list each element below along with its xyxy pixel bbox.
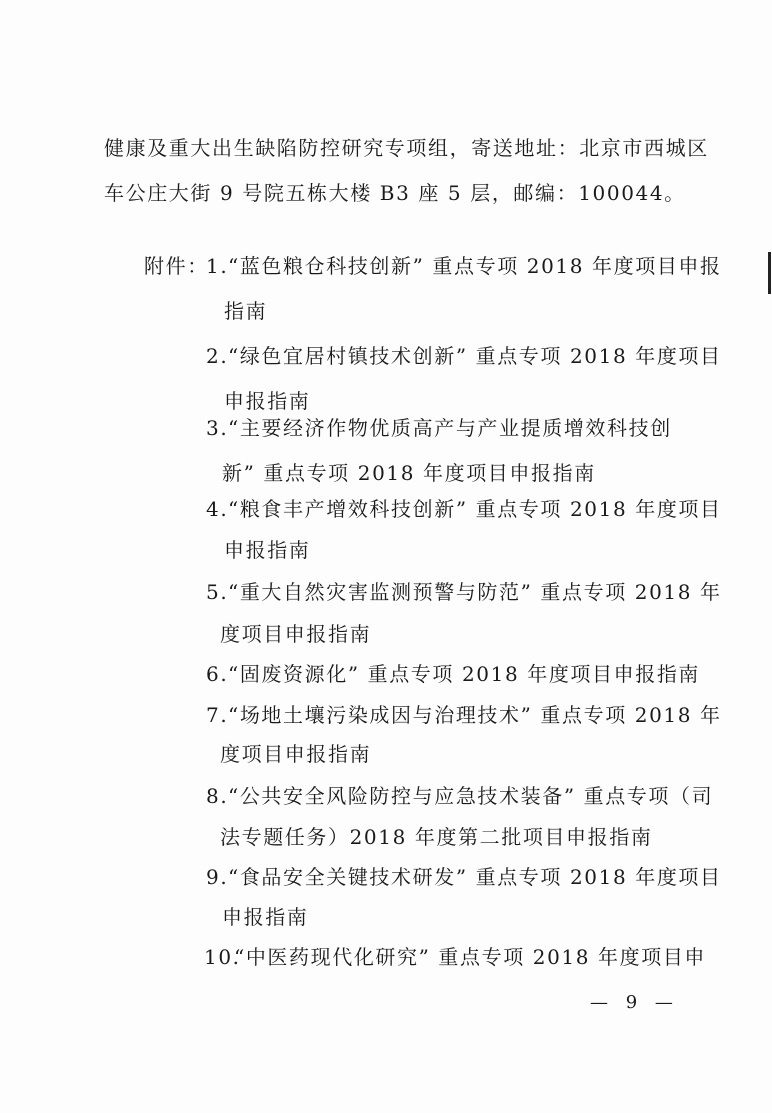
attachment-number: 6. (206, 662, 228, 686)
attachment-number: 9. (206, 865, 228, 889)
attachment-title-line1: “蓝色粮仓科技创新” 重点专项 2018 年度项目申报 (228, 254, 722, 278)
paragraph-line-1: 健康及重大出生缺陷防控研究专项组，寄送地址：北京市西城区 (104, 136, 709, 160)
attachments-label: 附件： (144, 254, 209, 278)
attachment-title-line1: “场地土壤污染成因与治理技术” 重点专项 2018 年 (228, 703, 722, 727)
attachment-number: 8. (206, 784, 228, 808)
attachment-title-line1: “固废资源化” 重点专项 2018 年度项目申报指南 (228, 662, 700, 686)
attachment-title-line1: “绿色宜居村镇技术创新” 重点专项 2018 年度项目 (228, 344, 722, 368)
attachment-title-line2: 指南 (224, 299, 267, 323)
attachment-title-line1: “主要经济作物优质高产与产业提质增效科技创 (228, 416, 672, 440)
attachment-title-line2: 申报指南 (224, 389, 310, 413)
page-number: — 9 — (590, 992, 679, 1013)
attachment-title-line2: 度项目申报指南 (220, 622, 371, 646)
attachment-title-line2: 法专题任务）2018 年度第二批项目申报指南 (220, 825, 652, 849)
attachment-number: 7. (206, 703, 228, 727)
attachment-number: 3. (206, 416, 228, 440)
scan-edge-mark (768, 252, 771, 294)
attachment-title-line1: “重大自然灾害监测预警与防范” 重点专项 2018 年 (228, 580, 722, 604)
attachment-title-line1: “公共安全风险防控与应急技术装备” 重点专项（司 (228, 784, 713, 808)
attachment-number: 4. (206, 497, 228, 521)
attachment-title-line1: “中医药现代化研究” 重点专项 2018 年度项目申 (234, 945, 706, 969)
paragraph-line-2: 车公庄大街 9 号院五栋大楼 B3 座 5 层，邮编：100044。 (104, 181, 686, 205)
attachment-number: 5. (206, 580, 228, 604)
attachment-title-line2: 度项目申报指南 (220, 742, 371, 766)
attachment-title-line2: 申报指南 (222, 905, 308, 929)
attachment-title-line2: 新” 重点专项 2018 年度项目申报指南 (222, 461, 596, 485)
attachment-title-line2: 申报指南 (224, 538, 310, 562)
attachment-number: 2. (206, 344, 228, 368)
attachment-number: 1. (206, 254, 228, 278)
attachment-title-line1: “粮食丰产增效科技创新” 重点专项 2018 年度项目 (228, 497, 722, 521)
attachment-title-line1: “食品安全关键技术研发” 重点专项 2018 年度项目 (228, 865, 722, 889)
